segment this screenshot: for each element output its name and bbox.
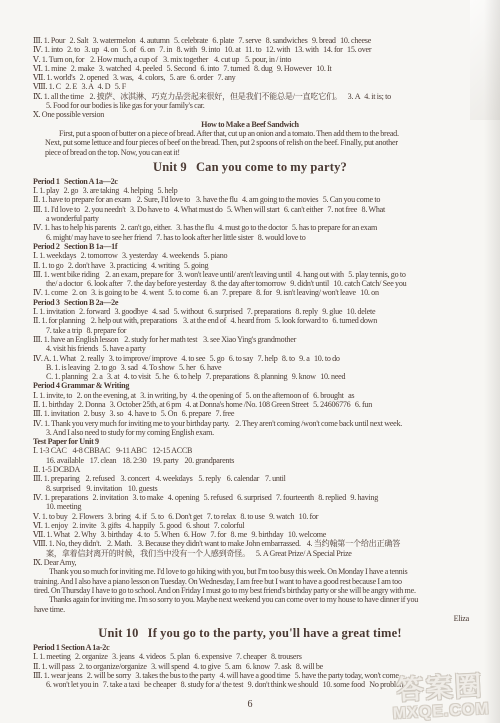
- answer-line-continuation: 10. meeting: [0, 502, 500, 511]
- letter-signature: Eliza: [0, 614, 500, 623]
- answer-line-continuation: 5. Food for our bodies is like gas for y…: [0, 101, 500, 110]
- answer-line: Ⅲ. 1. preparing 2. refused 3. concert 4.…: [0, 474, 500, 483]
- answer-line-continuation: B. 1. is leaving 2. to go 3. sad 4. To s…: [0, 363, 500, 372]
- answer-line: Ⅱ. 1. birthday 2. Donna 3. October 25th,…: [0, 400, 500, 409]
- answer-line: Ⅲ. 1. I'd love to 2. you needn't 3. Do h…: [0, 205, 500, 214]
- period-heading: Period 2 Section B 1a—1f: [0, 242, 500, 251]
- answer-line: Ⅱ. 1. for planning 2. help out with, pre…: [0, 316, 500, 325]
- answer-key-content: Ⅲ. 1. Pour 2. Salt 3. watermelon 4. autu…: [0, 36, 500, 690]
- answer-line-continuation: 4. visit his friends 5. have a party: [0, 344, 500, 353]
- answer-line: Ⅸ. Dear Amy,: [0, 558, 500, 567]
- period-heading: Test Paper for Unit 9: [0, 437, 500, 446]
- answer-line: Ⅳ. 1. has to help his parents 2. can't g…: [0, 223, 500, 232]
- answer-line: Ⅱ. 1. have to prepare for an exam 2. Sur…: [0, 195, 500, 204]
- answer-line: Ⅳ. 1. preparations 2. invitation 3. to m…: [0, 493, 500, 502]
- answer-line: Ⅴ. 1. to buy 2. Flowers 3. bring 4. if 5…: [0, 512, 500, 521]
- answer-line-continuation: 6. won't let you in 7. take a taxi be ch…: [0, 680, 500, 689]
- answer-line: Ⅳ. 1. into 2. to 3. up 4. on 5. of 6. on…: [0, 45, 500, 54]
- answer-line: Ⅶ. 1. What 2. Why 3. birthday 4. to 5. W…: [0, 530, 500, 539]
- answer-line: Ⅷ. 1. No, they didn't. 2. Math. 3. Becau…: [0, 539, 500, 548]
- answer-line: Ⅷ. 1. C 2. E 3. A 4. D 5. F: [0, 82, 500, 91]
- answer-line-continuation: 7. take a trip 8. prepare for: [0, 326, 500, 335]
- answer-line: Ⅱ. 1-5 DCBDA: [0, 465, 500, 474]
- answer-line: Ⅳ. 1. come 2. on 3. is going to be 4. we…: [0, 288, 500, 297]
- answer-line: Ⅹ. One possible version: [0, 110, 500, 119]
- period-heading: Period 1 Section A 1a—2c: [0, 177, 500, 186]
- essay-line: piece of bread on the top. Now, you can …: [0, 148, 500, 157]
- answer-line: Ⅱ. 1. to go 2. don't have 3. practicing …: [0, 261, 500, 270]
- essay-line: First, put a spoon of butter on a piece …: [0, 129, 500, 138]
- letter-line: Thanks again for inviting me. I'm so sor…: [0, 595, 500, 604]
- letter-line: training. And I also have a piano lesson…: [0, 577, 500, 586]
- answer-line: Ⅵ. 1. mine 2. make 3. watched 4. peeled …: [0, 64, 500, 73]
- letter-line: Thank you so much for inviting me. I'd l…: [0, 567, 500, 576]
- unit-title: Unit 9 Can you come to my party?: [0, 159, 500, 175]
- answer-line-continuation: 16. available 17. clean 18. 2:30 19. par…: [0, 456, 500, 465]
- answer-line: Ⅸ. 1. all the time 2. 披萨、冰淇淋、巧克力品尝起来很好，但…: [0, 92, 500, 101]
- answer-line: Ⅰ. 1. play 2. go 3. are taking 4. helpin…: [0, 186, 500, 195]
- answer-line: Ⅰ. 1. invite, to 2. on the evening, at 3…: [0, 391, 500, 400]
- answer-line: Ⅲ. 1. wear jeans 2. will be sorry 3. tak…: [0, 671, 500, 680]
- answer-line-continuation: 8. surprised 9. invitation 10. guests: [0, 484, 500, 493]
- scanned-answer-page: Ⅲ. 1. Pour 2. Salt 3. watermelon 4. autu…: [0, 0, 500, 723]
- answer-line: Ⅰ. 1. weekdays 2. tomorrow 3. yesterday …: [0, 251, 500, 260]
- answer-line-continuation: 6. might/ may have to see her friend 7. …: [0, 233, 500, 242]
- answer-line-continuation: C. 1. planning 2. a 3. at 4. to visit 5.…: [0, 372, 500, 381]
- page-number: 6: [0, 699, 500, 710]
- answer-line: Ⅲ. 1. Pour 2. Salt 3. watermelon 4. autu…: [0, 36, 500, 45]
- answer-line: Ⅳ. 1. Thank you very much for inviting m…: [0, 419, 500, 428]
- answer-line-continuation: 案，拿着信封离开的时候，我们当中没有一个人感到奇怪。 5. A Great Pr…: [0, 549, 500, 558]
- essay-title: How to Make a Beef Sandwich: [0, 120, 500, 129]
- answer-line: Ⅲ. 1. invitation 2. busy 3. so 4. have t…: [0, 409, 500, 418]
- answer-line: Ⅱ. 1. will pass 2. to organize/organize …: [0, 662, 500, 671]
- answer-line: Ⅳ. A. 1. What 2. really 3. to improve/ i…: [0, 354, 500, 363]
- period-heading: Period 4 Grammar & Writing: [0, 381, 500, 390]
- answer-line: Ⅵ. 1. enjoy 2. invite 3. gifts 4. happil…: [0, 521, 500, 530]
- period-heading: Period 1 Section A 1a-2c: [0, 643, 500, 652]
- unit-title: Unit 10 If you go to the party, you'll h…: [0, 625, 500, 641]
- essay-line: Next, put some lettuce and four pieces o…: [0, 138, 500, 147]
- answer-line-continuation: 3. And I also need to study for my comin…: [0, 428, 500, 437]
- answer-line-continuation: a wonderful party: [0, 214, 500, 223]
- answer-line: Ⅲ. 1. went bike riding 2. an exam, prepa…: [0, 270, 500, 279]
- answer-line: Ⅰ. 1. invitation 2. forward 3. goodbye 4…: [0, 307, 500, 316]
- answer-line: Ⅴ. 1. Turn on, for 2. How much, a cup of…: [0, 55, 500, 64]
- letter-line: tired. On Thursday I have to go to schoo…: [0, 586, 500, 595]
- answer-line: Ⅲ. 1. have an English lesson 2. study fo…: [0, 335, 500, 344]
- letter-line: have time.: [0, 605, 500, 614]
- answer-line: Ⅰ. 1. meeting 2. organize 3. jeans 4. vi…: [0, 652, 500, 661]
- period-heading: Period 3 Section B 2a—2e: [0, 298, 500, 307]
- answer-line: Ⅶ. 1. world's 2. opened 3. was, 4. color…: [0, 73, 500, 82]
- answer-line: Ⅰ. 1-3 CAC 4-8 CBBAC 9-11 ABC 12-15 ACCB: [0, 446, 500, 455]
- answer-line-continuation: the/ a doctor 6. look after 7. the day b…: [0, 279, 500, 288]
